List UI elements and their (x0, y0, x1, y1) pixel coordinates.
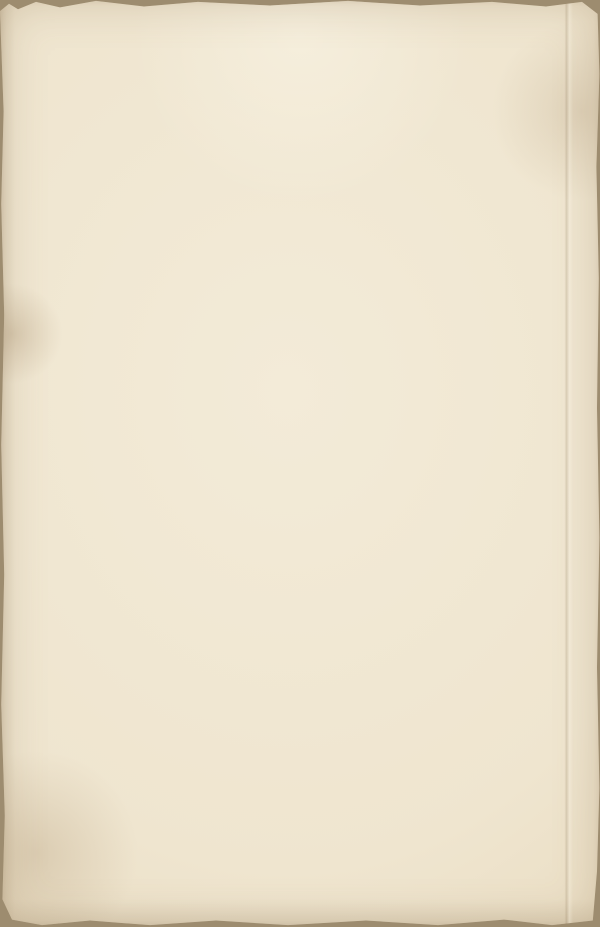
antique-map-page: DERBYSHIRE. (0, 0, 600, 927)
paper (0, 0, 600, 927)
